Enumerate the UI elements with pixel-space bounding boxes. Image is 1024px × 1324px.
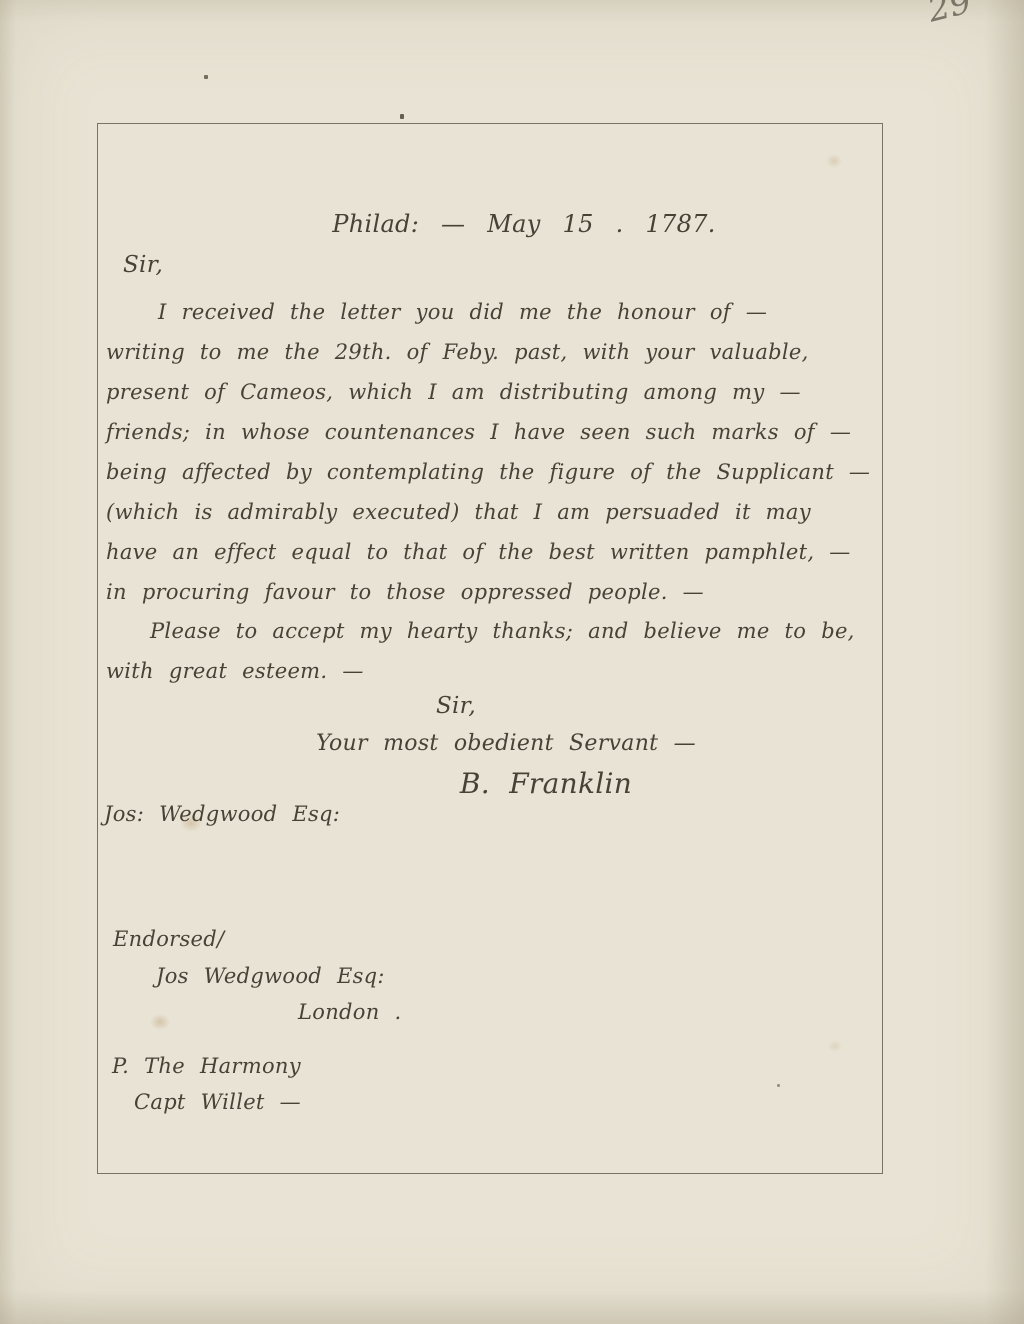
ship-note-line: P. The Harmony bbox=[112, 1054, 301, 1078]
addressee: Jos: Wedgwood Esq: bbox=[104, 802, 340, 826]
letter-line: have an effect equal to that of the best… bbox=[106, 532, 878, 572]
letter-frame: Philad: — May 15 . 1787. Sir, I received… bbox=[97, 123, 883, 1174]
letter-line: with great esteem. — bbox=[106, 651, 878, 691]
letter-line: Please to accept my hearty thanks; and b… bbox=[106, 611, 878, 651]
ship-note-line: Capt Willet — bbox=[134, 1090, 301, 1114]
closing-salute: Sir, bbox=[64, 686, 848, 726]
manuscript-page: 29 Philad: — May 15 . 1787. Sir, I recei… bbox=[0, 0, 1024, 1324]
letter-line: writing to me the 29th. of Feby. past, w… bbox=[106, 332, 878, 372]
endorsement-label: Endorsed/ bbox=[113, 927, 224, 951]
salutation: Sir, bbox=[123, 252, 163, 278]
letter-paragraph-1: I received the letter you did me the hon… bbox=[106, 292, 878, 612]
endorsement-place: London . bbox=[298, 1000, 401, 1024]
letter-line: in procuring favour to those oppressed p… bbox=[106, 572, 878, 612]
ink-speck bbox=[204, 75, 208, 79]
letter-paragraph-2: Please to accept my hearty thanks; and b… bbox=[106, 611, 878, 691]
letter-line: friends; in whose countenances I have se… bbox=[106, 412, 878, 452]
dateline: Philad: — May 15 . 1787. bbox=[132, 210, 916, 238]
ink-speck bbox=[400, 114, 404, 119]
letter-line: present of Cameos, which I am distributi… bbox=[106, 372, 878, 412]
endorsement-name: Jos Wedgwood Esq: bbox=[156, 964, 385, 988]
letter-line: (which is admirably executed) that I am … bbox=[106, 492, 878, 532]
signature: B. Franklin bbox=[154, 762, 938, 806]
letter-line: being affected by contemplating the figu… bbox=[106, 452, 878, 492]
folio-number: 29 bbox=[924, 0, 976, 31]
letter-line: I received the letter you did me the hon… bbox=[106, 292, 878, 332]
closing-valediction: Your most obedient Servant — bbox=[114, 724, 898, 764]
